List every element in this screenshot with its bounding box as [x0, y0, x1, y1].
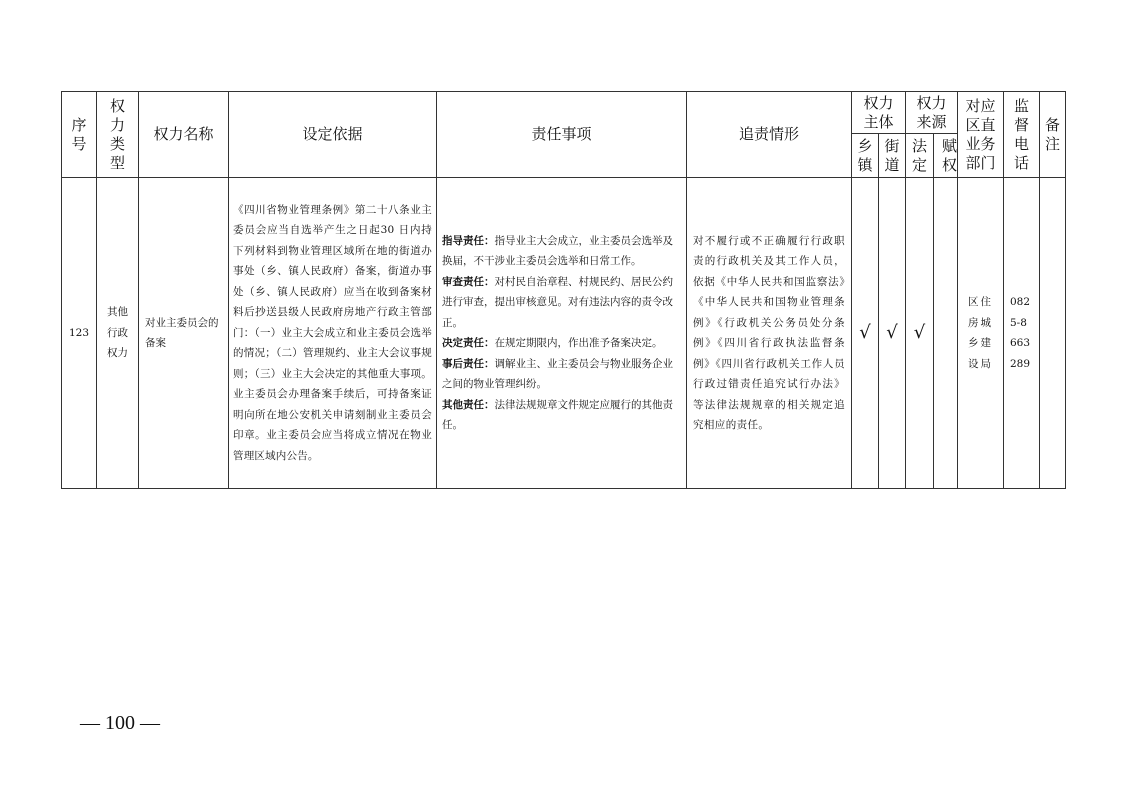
table-row: 123 其他 行政 权力 对业主委员会的备案 《四川省物业管理条例》第二十八条业…: [62, 178, 1066, 489]
check-icon: √: [906, 178, 934, 489]
power-list-table: 序号 权力 类型 权力名称 设定依据 责任事项 追责情形 权力主体 权力来源 对…: [61, 91, 1066, 489]
header-phone: 监督 电话: [1004, 92, 1040, 178]
cell-basis: 《四川省物业管理条例》第二十八条业主委员会应当自选举产生之日起30 日内持下列材…: [229, 178, 437, 489]
header-duties: 责任事项: [437, 92, 687, 178]
duty-guidance: 指导责任：指导业主大会成立，业主委员会选举及换届，不干涉业主委员会选举和日常工作…: [442, 231, 681, 272]
cell-seq: 123: [62, 178, 97, 489]
header-subject-town: 乡镇: [852, 134, 879, 178]
cell-phone: 0825-8 663289: [1004, 178, 1040, 489]
header-subject-street: 街道: [879, 134, 906, 178]
cell-source-granted: [934, 178, 958, 489]
header-power-source: 权力来源: [906, 92, 958, 134]
header-dept: 对应区直 业务部门: [958, 92, 1004, 178]
header-power-name: 权力名称: [139, 92, 229, 178]
cell-dept: 区住房城 乡建设局: [958, 178, 1004, 489]
duty-other: 其他责任：法律法规规章文件规定应履行的其他责任。: [442, 395, 681, 436]
header-power-subject: 权力主体: [852, 92, 906, 134]
duty-decision: 决定责任：在规定期限内，作出准予备案决定。: [442, 333, 681, 354]
duty-review: 审查责任：对村民自治章程、村规民约、居民公约进行审查，提出审核意见。对有违法内容…: [442, 272, 681, 334]
page-number: — 100 —: [80, 712, 160, 735]
cell-remark: [1040, 178, 1066, 489]
header-remark: 备注: [1040, 92, 1066, 178]
header-accountability: 追责情形: [687, 92, 852, 178]
cell-power-type: 其他 行政 权力: [97, 178, 139, 489]
header-basis: 设定依据: [229, 92, 437, 178]
check-icon: √: [852, 178, 879, 489]
header-source-granted: 赋权: [934, 134, 958, 178]
duty-post: 事后责任：调解业主、业主委员会与物业服务企业之间的物业管理纠纷。: [442, 354, 681, 395]
check-icon: √: [879, 178, 906, 489]
cell-power-name: 对业主委员会的备案: [139, 178, 229, 489]
header-seq: 序号: [62, 92, 97, 178]
cell-duties: 指导责任：指导业主大会成立，业主委员会选举及换届，不干涉业主委员会选举和日常工作…: [437, 178, 687, 489]
cell-accountability: 对不履行或不正确履行行政职责的行政机关及其工作人员，依据《中华人民共和国监察法》…: [687, 178, 852, 489]
header-power-type: 权力 类型: [97, 92, 139, 178]
header-source-legal: 法定: [906, 134, 934, 178]
